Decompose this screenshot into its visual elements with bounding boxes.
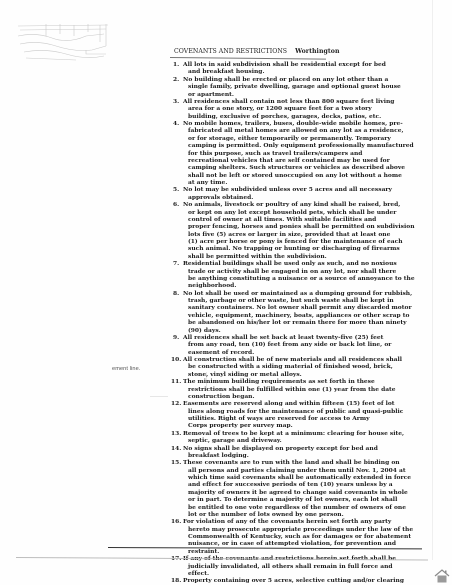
covenant-number: 6. bbox=[173, 201, 179, 208]
covenant-number: 11. bbox=[171, 378, 181, 385]
title-heading: COVENANTS AND RESTRICTIONS bbox=[174, 48, 287, 55]
covenant-line: Residential buildings shall be used only… bbox=[183, 260, 436, 267]
covenant-line: construction began. bbox=[183, 393, 436, 400]
covenant-number: 12. bbox=[171, 400, 181, 407]
covenant-line: All lots in said subdivision shall be re… bbox=[183, 61, 436, 68]
covenant-line: No signs shall be displayed on property … bbox=[183, 445, 436, 452]
covenant-line: neighborhood. bbox=[183, 282, 436, 289]
covenant-number: 1. bbox=[173, 61, 179, 68]
covenant-number: 7. bbox=[173, 260, 179, 267]
covenant-line: or in part. To determine a majority of l… bbox=[183, 496, 436, 503]
covenant-line: which time said covenants shall be autom… bbox=[183, 474, 436, 481]
covenant-line: Removal of trees to be kept at a minimum… bbox=[183, 430, 436, 437]
covenant-line: approvals obtained. bbox=[183, 194, 436, 201]
covenant-item: 2.No building shall be erected or placed… bbox=[174, 76, 436, 98]
covenant-line: single family, private dwelling, garage … bbox=[183, 83, 436, 90]
covenant-number: 8. bbox=[173, 290, 179, 297]
covenant-line: be constructed with a siding material of… bbox=[183, 363, 436, 370]
covenant-line: or kept on any lot except household pets… bbox=[183, 209, 436, 216]
covenant-line: judicially invalidated, all others shall… bbox=[183, 563, 436, 570]
covenant-line: trash, garbage or other waste, but such … bbox=[183, 297, 436, 304]
covenant-line: hereto may prosecute appropriate proceed… bbox=[183, 526, 436, 533]
covenant-line: building, exclusive of porches, garages,… bbox=[183, 113, 436, 120]
covenant-line: sanitary containers. No lot owner shall … bbox=[183, 304, 436, 311]
covenant-item: 11.The minimum building requirements as … bbox=[174, 378, 436, 400]
covenant-line: lots five (5) acres or larger in size, p… bbox=[183, 231, 436, 238]
title-subdivision: Worthington bbox=[295, 48, 339, 55]
covenant-line: effect. bbox=[183, 570, 436, 577]
covenant-number: 16. bbox=[171, 518, 181, 525]
covenant-line: for this purpose, such as travel trailer… bbox=[183, 150, 436, 157]
covenant-item: 15.These covenants are to run with the l… bbox=[174, 459, 436, 518]
covenant-number: 3. bbox=[173, 98, 179, 105]
covenant-number: 9. bbox=[173, 334, 179, 341]
covenant-line: or for storage, either temporarily or pe… bbox=[183, 135, 436, 142]
covenant-item: 14.No signs shall be displayed on proper… bbox=[174, 445, 436, 460]
covenant-line: shall not be left or stored unoccupied o… bbox=[183, 172, 436, 179]
covenant-number: 18. bbox=[171, 577, 181, 584]
covenant-item: 7.Residential buildings shall be used on… bbox=[174, 260, 436, 290]
covenant-item: 9.All residences shall be set back at le… bbox=[174, 334, 436, 356]
covenant-number: 10. bbox=[171, 356, 181, 363]
covenant-number: 15. bbox=[171, 459, 181, 466]
scan-artifact bbox=[150, 396, 168, 397]
covenant-item: 3.All residences shall contain not less … bbox=[174, 98, 436, 120]
covenant-item: 8.No lot shall be used or maintained as … bbox=[174, 290, 436, 334]
covenant-line: majority of owners it be agreed to chang… bbox=[183, 489, 436, 496]
covenant-line: All residences shall be set back at leas… bbox=[183, 334, 436, 341]
covenant-line: easement of record. bbox=[183, 349, 436, 356]
covenant-line: Property containing over 5 acres, select… bbox=[183, 577, 436, 584]
covenant-line: be anything constituting a nuisance or a… bbox=[183, 275, 436, 282]
covenant-line: All residences shall contain not less th… bbox=[183, 98, 436, 105]
covenant-line: all persons and parties claiming under t… bbox=[183, 467, 436, 474]
covenant-line: breakfast lodging. bbox=[183, 452, 436, 459]
covenant-line: No mobile homes, trailers, buses, double… bbox=[183, 120, 436, 127]
covenant-item: 10.All construction shall be of new mate… bbox=[174, 356, 436, 378]
covenant-line: and breakfast housing. bbox=[183, 68, 436, 75]
covenant-number: 5. bbox=[173, 186, 179, 193]
covenant-line: The minimum building requirements as set… bbox=[183, 378, 436, 385]
document-page: ement line. COVENANTS AND RESTRICTIONS W… bbox=[0, 0, 452, 585]
covenant-line: No building shall be erected or placed o… bbox=[183, 76, 436, 83]
covenant-line: vehicle, equipment, machinery, boats, ap… bbox=[183, 312, 436, 319]
covenant-number: 2. bbox=[173, 76, 179, 83]
covenant-line: fabricated all metal homes are allowed o… bbox=[183, 127, 436, 134]
house-icon bbox=[434, 569, 450, 583]
covenant-line: and effect for successive periods of ten… bbox=[183, 481, 436, 488]
covenant-line: from any road, ten (10) feet from any si… bbox=[183, 341, 436, 348]
covenant-item: 13.Removal of trees to be kept at a mini… bbox=[174, 430, 436, 445]
covenant-line: restrictions shall be fulfilled within o… bbox=[183, 386, 436, 393]
covenant-line: lot or the number of lots owned by one p… bbox=[183, 511, 436, 518]
covenant-item: 18.Property containing over 5 acres, sel… bbox=[174, 577, 436, 585]
covenant-item: 1.All lots in said subdivision shall be … bbox=[174, 61, 436, 76]
covenant-line: such animal. No trapping or hunting or d… bbox=[183, 245, 436, 252]
covenant-line: (90) days. bbox=[183, 327, 436, 334]
covenant-line: septic, garage and driveway. bbox=[183, 437, 436, 444]
covenant-line: camping shelters. Such structures or veh… bbox=[183, 164, 436, 171]
covenant-line: area for a one story, or 1200 square fee… bbox=[183, 105, 436, 112]
covenant-line: stone, vinyl siding or metal alloys. bbox=[183, 371, 436, 378]
covenant-line: proper fencing, horses and ponies shall … bbox=[183, 223, 436, 230]
covenant-line: or apartment. bbox=[183, 91, 436, 98]
covenant-line: For violation of any of the covenants he… bbox=[183, 518, 436, 525]
covenant-line: recreational vehicles that are self cont… bbox=[183, 157, 436, 164]
survey-sketch-icon bbox=[16, 22, 110, 62]
covenant-item: 5.No lot may be subdivided unless over 5… bbox=[174, 186, 436, 201]
covenant-line: be abandoned on his/her lot or remain th… bbox=[183, 319, 436, 326]
covenant-line: No animals, livestock or poultry of any … bbox=[183, 201, 436, 208]
covenant-line: be entitled to one vote regardless of th… bbox=[183, 504, 436, 511]
covenant-item: 12.Easements are reserved along and with… bbox=[174, 400, 436, 430]
covenant-item: 4.No mobile homes, trailers, buses, doub… bbox=[174, 120, 436, 186]
title-underline bbox=[170, 57, 326, 60]
covenant-number: 14. bbox=[171, 445, 181, 452]
covenant-line: at any time. bbox=[183, 179, 436, 186]
covenant-list: 1.All lots in said subdivision shall be … bbox=[174, 61, 436, 585]
covenant-number: 13. bbox=[171, 430, 181, 437]
margin-note: ement line. bbox=[112, 366, 140, 372]
document-title: COVENANTS AND RESTRICTIONS Worthington bbox=[174, 48, 436, 57]
covenant-line: These covenants are to run with the land… bbox=[183, 459, 436, 466]
covenant-line: (1) acre per horse or pony is fenced for… bbox=[183, 238, 436, 245]
covenant-line: camping is permitted. Only equipment pro… bbox=[183, 142, 436, 149]
covenant-line: No lot shall be used or maintained as a … bbox=[183, 290, 436, 297]
covenant-line: utilities. Right of ways are reserved fo… bbox=[183, 415, 436, 422]
covenant-line: shall be permitted within the subdivisio… bbox=[183, 253, 436, 260]
covenant-item: 16.For violation of any of the covenants… bbox=[174, 518, 436, 555]
covenant-line: Commonwealth of Kentucky, such as for da… bbox=[183, 533, 436, 540]
covenant-line: All construction shall be of new materia… bbox=[183, 356, 436, 363]
covenant-line: Easements are reserved along and within … bbox=[183, 400, 436, 407]
covenant-line: Corps property per survey map. bbox=[183, 422, 436, 429]
covenant-line: trade or activity shall be engaged in on… bbox=[183, 268, 436, 275]
covenants-document: COVENANTS AND RESTRICTIONS Worthington 1… bbox=[174, 48, 436, 585]
covenant-item: 6.No animals, livestock or poultry of an… bbox=[174, 201, 436, 260]
covenant-line: control of owner at all times. With suit… bbox=[183, 216, 436, 223]
covenant-line: No lot may be subdivided unless over 5 a… bbox=[183, 186, 436, 193]
covenant-number: 4. bbox=[173, 120, 179, 127]
covenant-line: lines along roads for the maintenance of… bbox=[183, 408, 436, 415]
